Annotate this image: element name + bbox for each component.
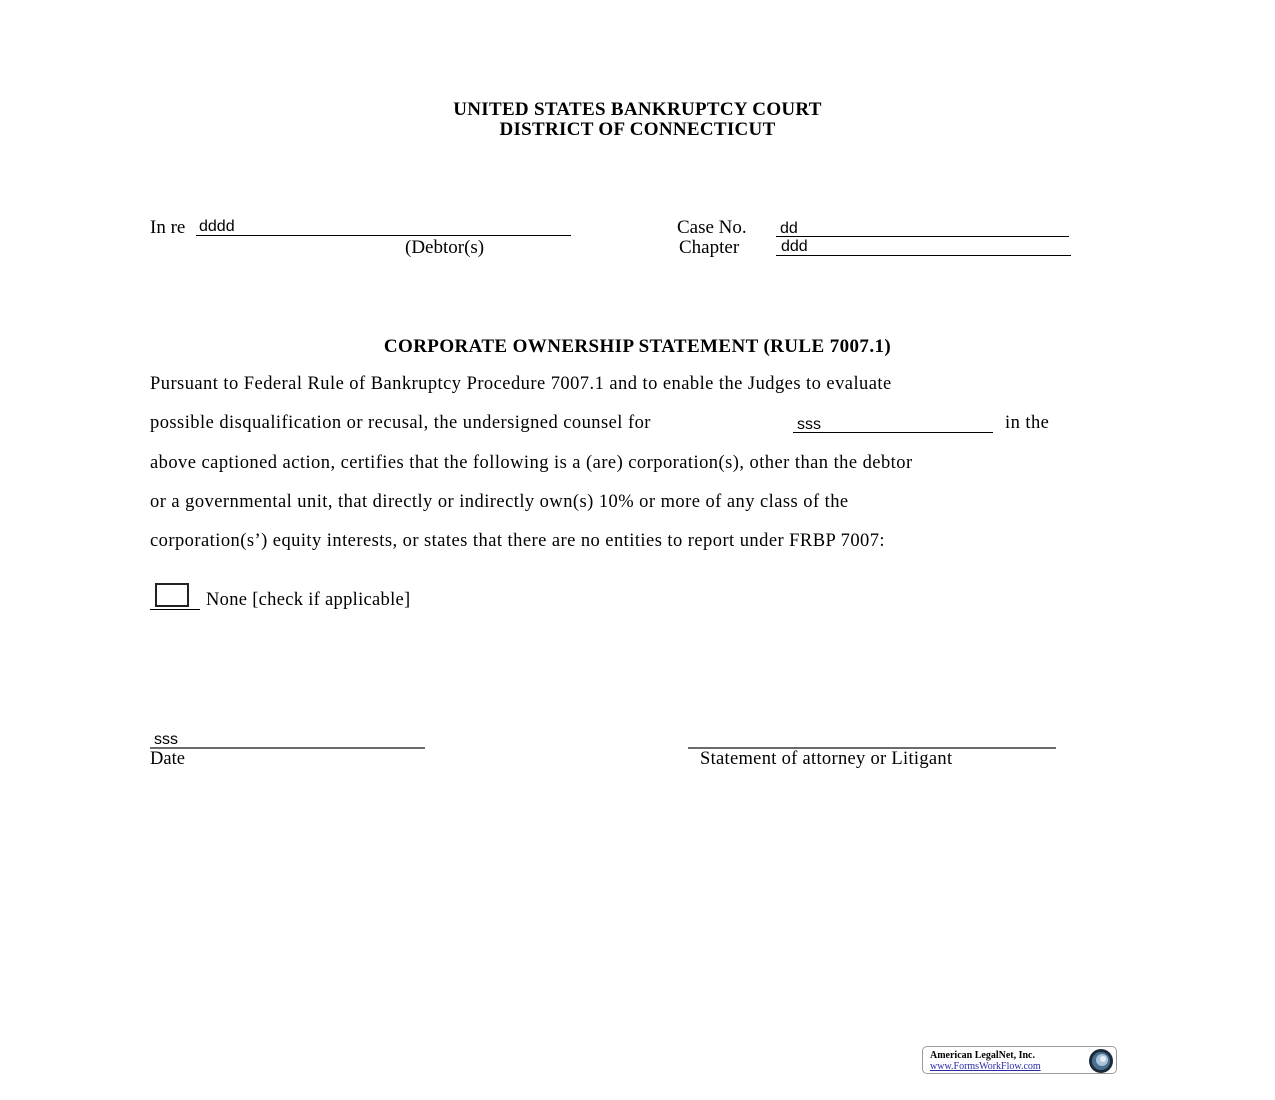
debtor-name-underline xyxy=(196,235,571,236)
statement-line-5: corporation(s’) equity interests, or sta… xyxy=(150,531,885,552)
statement-line-1: Pursuant to Federal Rule of Bankruptcy P… xyxy=(150,374,892,395)
statement-line-3: above captioned action, certifies that t… xyxy=(150,453,913,474)
case-no-underline xyxy=(776,236,1069,237)
chapter-label: Chapter xyxy=(679,237,739,259)
debtor-label: (Debtor(s) xyxy=(405,237,484,259)
statement-line-4: or a governmental unit, that directly or… xyxy=(150,492,849,513)
court-district: DISTRICT OF CONNECTICUT xyxy=(0,120,1275,140)
case-no-label: Case No. xyxy=(677,217,747,239)
publisher-url-link[interactable]: www.FormsWorkFlow.com xyxy=(930,1061,1041,1072)
in-re-label: In re xyxy=(150,217,185,239)
none-checkbox-underline xyxy=(150,609,200,610)
statement-title: CORPORATE OWNERSHIP STATEMENT (RULE 7007… xyxy=(0,336,1275,358)
signer-label: Statement of attorney or Litigant xyxy=(700,749,952,770)
counsel-for-underline xyxy=(793,432,993,433)
statement-line-2-before: possible disqualification or recusal, th… xyxy=(150,413,651,433)
date-label: Date xyxy=(150,749,185,770)
globe-logo-icon xyxy=(1088,1048,1114,1074)
date-underline xyxy=(150,747,425,749)
none-checkbox[interactable] xyxy=(155,583,189,607)
court-name: UNITED STATES BANKRUPTCY COURT xyxy=(0,100,1275,120)
statement-line-2-after: in the xyxy=(1005,413,1049,434)
publisher-badge[interactable]: American LegalNet, Inc. www.FormsWorkFlo… xyxy=(922,1046,1117,1074)
none-option-label: None [check if applicable] xyxy=(206,590,411,611)
court-header: UNITED STATES BANKRUPTCY COURT DISTRICT … xyxy=(0,100,1275,140)
publisher-company: American LegalNet, Inc. xyxy=(930,1050,1035,1061)
chapter-underline xyxy=(776,255,1071,256)
chapter-field[interactable]: ddd xyxy=(781,238,808,256)
statement-line-2: possible disqualification or recusal, th… xyxy=(150,413,651,434)
debtor-name-field[interactable]: dddd xyxy=(199,218,235,236)
